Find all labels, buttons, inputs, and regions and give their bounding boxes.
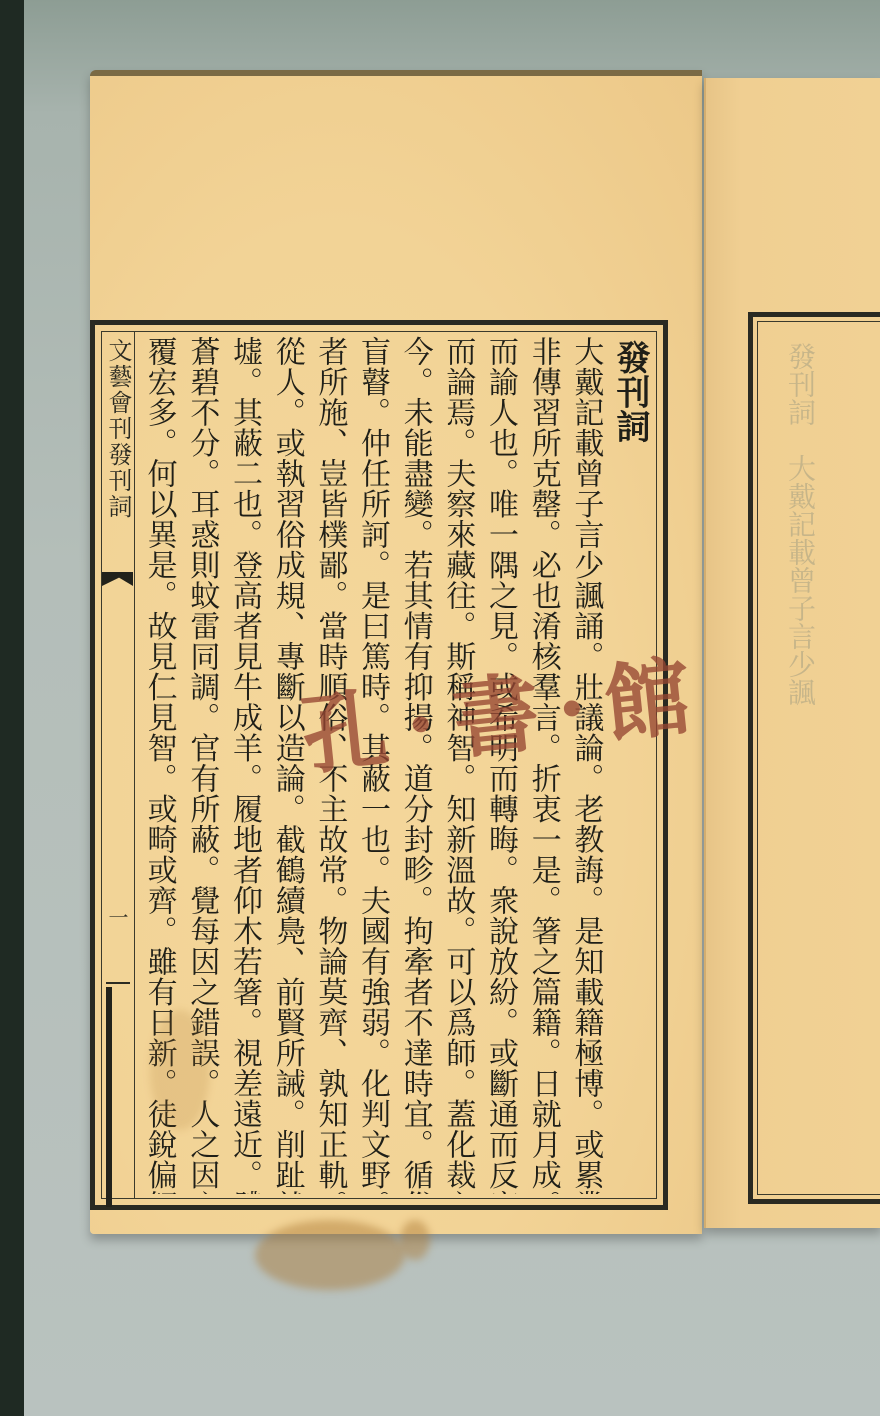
text-column-9: 墟。其蔽二也。登高者見牛成羊。履地者仰木若箸。視差遠近。體者有所損增。目眚則 — [223, 336, 266, 1194]
text-body: 發刊詞 大戴記載曾子言少諷誦。壯議論。老教誨。是知載籍極博。或累業所莫殫。教思無… — [138, 336, 652, 1194]
text-column-8: 從人。或執習俗成規、專斷以造論。截鶴續鳧、前賢所誡。削趾就履。愚者弗爲。是曰拘 — [266, 336, 309, 1194]
text-column-2: 非傳習所克罄。必也淆核羣言。折衷一是。箸之篇籍。日就月成。方足切理饜心。信已 — [522, 336, 565, 1194]
text-column-1: 大戴記載曾子言少諷誦。壯議論。老教誨。是知載籍極博。或累業所莫殫。教思無窮。 — [565, 336, 608, 1194]
text-column-4: 而論焉。夫察來藏往。斯稱神智。知新溫故。可以爲師。蓋化裁之道。因革之宜。非通古 — [437, 336, 480, 1194]
right-page-frame: 發刊詞 大戴記載曾子言少諷 — [748, 312, 880, 1204]
scanner-edge — [0, 0, 24, 1416]
block-heart-margin: 文藝會刊發刊詞 一 — [102, 332, 135, 1198]
page-number: 一 — [104, 907, 132, 927]
margin-rule — [106, 982, 130, 984]
bleed-through-text: 發刊詞 大戴記載曾子言少諷 — [778, 342, 822, 1182]
water-stain — [400, 1220, 430, 1260]
water-stain — [150, 1010, 210, 1130]
right-page-inner-frame: 發刊詞 大戴記載曾子言少諷 — [757, 321, 880, 1195]
margin-black-bar — [106, 987, 112, 1207]
article-title: 發刊詞 — [607, 336, 652, 1194]
text-column-5: 今。未能盡變。若其情有抑揚。道分封畛。拘牽者不達時宜。循俗者弁髦故制。則陸沉 — [394, 336, 437, 1194]
water-stain — [255, 1220, 405, 1290]
text-column-7: 者所施、豈皆樸鄙。當時順俗、不主故常。物論莫齊、孰知正軌。苟昧絜柄之諳、舍已而 — [309, 336, 352, 1194]
text-column-3: 而諭人也。唯一隅之見。或希明而轉晦。衆說放紛。或斷通而反塞。則其蔽有四、可得 — [479, 336, 522, 1194]
margin-title: 文藝會刊發刊詞 — [104, 338, 132, 520]
text-column-6: 盲瞽。仲任所訶。是曰篤時。其蔽一也。夫國有強弱。化判文野。強者之制、不盡闓明。弱 — [351, 336, 394, 1194]
fishtail-mark-icon — [102, 572, 133, 586]
